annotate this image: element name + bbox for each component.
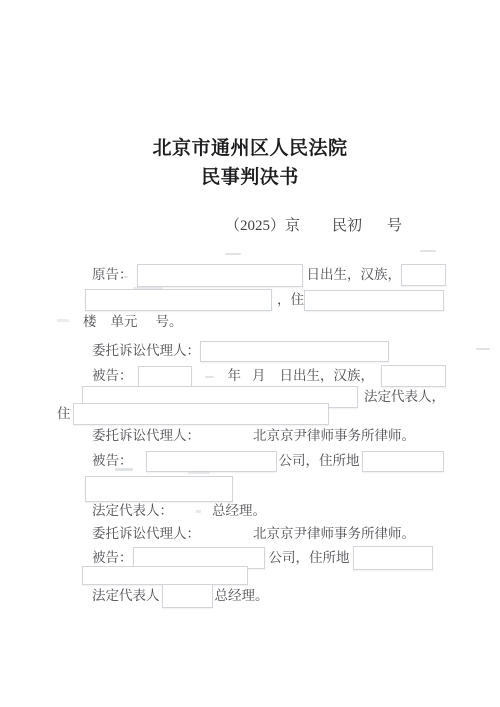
text-segment: ，住: [277, 293, 304, 307]
redaction-box: [85, 289, 272, 311]
text-segment: 北京京尹律师事务所律师。: [253, 429, 415, 443]
text-segment: 法定代表人: [92, 589, 160, 603]
defendant1-agent-line: 委托诉讼代理人：北京京尹律师事务所律师。: [92, 423, 415, 449]
judgment-document-page: 北京市通州区人民法院 民事判决书 （2025）京民初号原告：日出生，汉族，，住楼…: [0, 0, 500, 707]
text-segment: 号: [387, 219, 402, 234]
text-segment: 被告：: [92, 454, 133, 468]
text-segment: 住: [57, 407, 71, 421]
scan-artifact: [476, 348, 490, 350]
defendant2-line: 被告：公司，住所地: [92, 448, 444, 474]
text-segment: 总经理。: [215, 589, 269, 603]
text-segment: 委托诉讼代理人：: [92, 527, 200, 541]
case-number-line: （2025）京民初号: [225, 215, 402, 237]
defendant2-agent-line: 委托诉讼代理人：北京京尹律师事务所律师。: [92, 521, 415, 547]
scan-artifact: [57, 319, 69, 322]
redaction-box: [353, 546, 433, 570]
text-segment: 被告：: [92, 369, 133, 383]
text-segment: 公司，住所地: [269, 551, 350, 565]
plaintiff-address-continuation: 楼单元号。: [83, 309, 183, 335]
plaintiff-line: 原告：日出生，汉族，: [92, 262, 446, 288]
text-segment: 北京京尹律师事务所律师。: [253, 527, 415, 541]
redaction-box: [162, 584, 213, 608]
text-segment: （2025）京: [225, 219, 300, 234]
document-type-title: 民事判决书: [0, 162, 500, 189]
defendant3-legal-rep-line: 法定代表人总经理。: [92, 583, 269, 609]
redaction-box: [82, 566, 248, 585]
text-segment: 单元: [111, 315, 138, 329]
scan-artifact: [188, 471, 210, 474]
scan-artifact: [420, 250, 436, 252]
text-segment: 委托诉讼代理人：: [92, 344, 200, 358]
text-segment: 法定代表人：: [92, 504, 173, 518]
redaction-box: [73, 403, 329, 425]
redaction-box: [401, 264, 446, 286]
text-segment: 日出生，汉族，: [280, 369, 375, 383]
plaintiff-agent-line: 委托诉讼代理人：: [92, 338, 389, 364]
text-segment: 公司，住所地: [279, 454, 360, 468]
redaction-box: [362, 451, 444, 472]
text-segment: 委托诉讼代理人：: [92, 429, 200, 443]
redaction-box: [200, 341, 389, 362]
text-segment: 民初: [332, 219, 362, 234]
scan-artifact: [115, 468, 133, 471]
scan-artifact: [196, 510, 201, 513]
redaction-box: [304, 290, 444, 311]
redaction-box: [137, 264, 303, 287]
court-name-title: 北京市通州区人民法院: [0, 133, 500, 160]
text-segment: 月: [252, 369, 266, 383]
text-segment: 楼: [83, 315, 97, 329]
scan-artifact: [133, 287, 163, 290]
text-segment: 原告：: [92, 268, 133, 282]
text-segment: 法定代表人，: [364, 390, 445, 404]
scan-artifact: [205, 376, 214, 378]
text-segment: 号。: [156, 315, 183, 329]
text-segment: 年: [228, 369, 242, 383]
text-segment: 总经理。: [212, 504, 266, 518]
text-segment: 日出生，汉族，: [307, 268, 402, 282]
redaction-box: [146, 451, 277, 472]
scan-artifact: [124, 276, 128, 278]
scan-artifact: [225, 253, 241, 255]
